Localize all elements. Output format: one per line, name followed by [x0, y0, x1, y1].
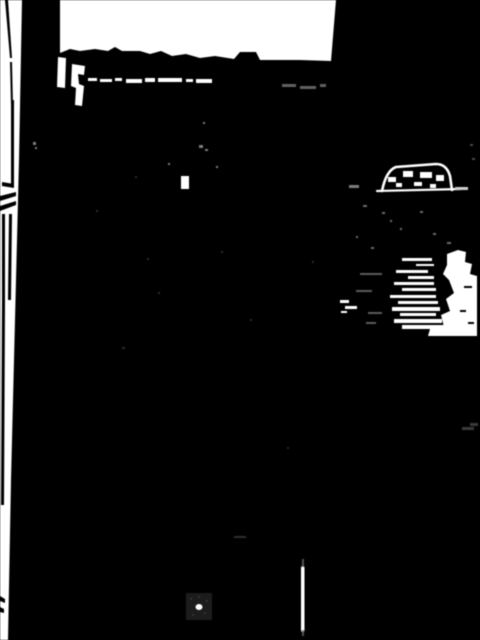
- right-dots-faint: [470, 144, 473, 146]
- sign-mass-dark-dashes: [460, 310, 466, 312]
- sign-streaks: [390, 295, 436, 298]
- ledge-dashes-faint: [282, 84, 296, 87]
- ledge-dashes: [196, 79, 212, 83]
- gray-wisp: [470, 423, 478, 426]
- sign-streaks: [402, 325, 446, 329]
- car-window-patches: [420, 172, 432, 178]
- frame-panel-left-edge: [2, 214, 5, 302]
- lamp-speckles: [190, 598, 192, 600]
- scatter-specks: [221, 251, 223, 253]
- lamp-speckles: [206, 600, 208, 602]
- sign-streaks-faint: [360, 273, 382, 275]
- lamp-speckles: [204, 612, 206, 614]
- scatter-specks: [287, 447, 289, 449]
- sign-streaks: [402, 288, 436, 291]
- faint-dash-mid: [234, 536, 246, 538]
- sign-streaks: [394, 319, 442, 323]
- car-window-patches: [430, 184, 436, 188]
- sign-streaks: [394, 282, 434, 285]
- dim-specks-upper: [216, 166, 218, 168]
- road-specks: [390, 220, 392, 222]
- scatter-specks: [122, 347, 125, 349]
- right-dots-faint: [472, 158, 475, 160]
- sign-left-bits: [345, 306, 357, 309]
- road-specks: [356, 236, 358, 238]
- sign-streaks: [408, 276, 434, 279]
- car-window-patches: [388, 177, 396, 182]
- ledge-dashes: [158, 78, 182, 82]
- sign-mass-dark-dashes: [468, 322, 474, 324]
- sign-streaks: [392, 307, 440, 311]
- sign-left-bits: [341, 311, 347, 313]
- sign-streaks: [416, 264, 434, 266]
- sign-streaks: [402, 258, 432, 261]
- scatter-specks: [147, 258, 149, 260]
- window-light: [181, 176, 189, 189]
- dim-specks-upper: [33, 142, 36, 145]
- dim-specks-upper: [203, 122, 205, 124]
- scatter-specks: [250, 319, 252, 321]
- pole-line-tip-top: [302, 559, 304, 567]
- scene-svg: [0, 0, 480, 640]
- scatter-specks: [312, 261, 314, 263]
- sign-streaks: [400, 313, 436, 316]
- sign-left-bits: [340, 300, 349, 303]
- ledge-dashes: [145, 78, 155, 82]
- pole-line: [301, 566, 305, 632]
- road-specks: [371, 247, 374, 249]
- road-specks: [447, 242, 451, 244]
- road-specks: [433, 233, 436, 235]
- lamp-speckles: [198, 596, 200, 598]
- ledge-dashes-faint: [300, 86, 316, 89]
- road-specks: [400, 228, 402, 230]
- lamp-speckles: [192, 614, 194, 616]
- dim-specks-upper: [35, 147, 37, 149]
- sign-streaks-faint: [368, 312, 382, 314]
- pillar-highlight: [57, 57, 66, 88]
- sign-streaks-faint: [356, 290, 372, 292]
- dim-specks-upper: [205, 149, 208, 151]
- road-specks: [420, 211, 423, 213]
- scatter-specks: [135, 176, 137, 178]
- car-window-patches: [436, 175, 444, 181]
- ledge-dashes: [186, 79, 193, 82]
- sign-streaks: [396, 270, 428, 273]
- road-specks: [382, 212, 385, 214]
- road-specks: [363, 205, 367, 207]
- sign-mass-dark-dashes: [464, 286, 472, 288]
- dim-specks-upper: [168, 163, 170, 165]
- ledge-dashes: [88, 78, 97, 81]
- gray-wisp: [462, 427, 474, 430]
- binarized-photo: [0, 0, 480, 640]
- ledge-dashes: [100, 79, 112, 82]
- frame-panel-side: [11, 100, 14, 186]
- car-left-dash: [349, 185, 359, 188]
- ledge-dashes: [115, 78, 122, 81]
- pole-line-tip-bottom: [302, 630, 304, 636]
- car-right-dash: [455, 187, 468, 190]
- car-window-patches: [403, 171, 413, 177]
- ledge-dashes-faint: [320, 84, 326, 87]
- sign-streaks: [398, 301, 438, 304]
- sign-streaks-faint: [366, 322, 376, 324]
- ledge-dashes: [126, 79, 142, 83]
- car-window-patches: [396, 183, 402, 187]
- scatter-specks: [96, 210, 98, 212]
- scatter-specks: [158, 292, 160, 294]
- lamp-dot: [196, 604, 203, 610]
- dim-specks-upper: [199, 145, 203, 148]
- car-window-patches: [414, 182, 422, 186]
